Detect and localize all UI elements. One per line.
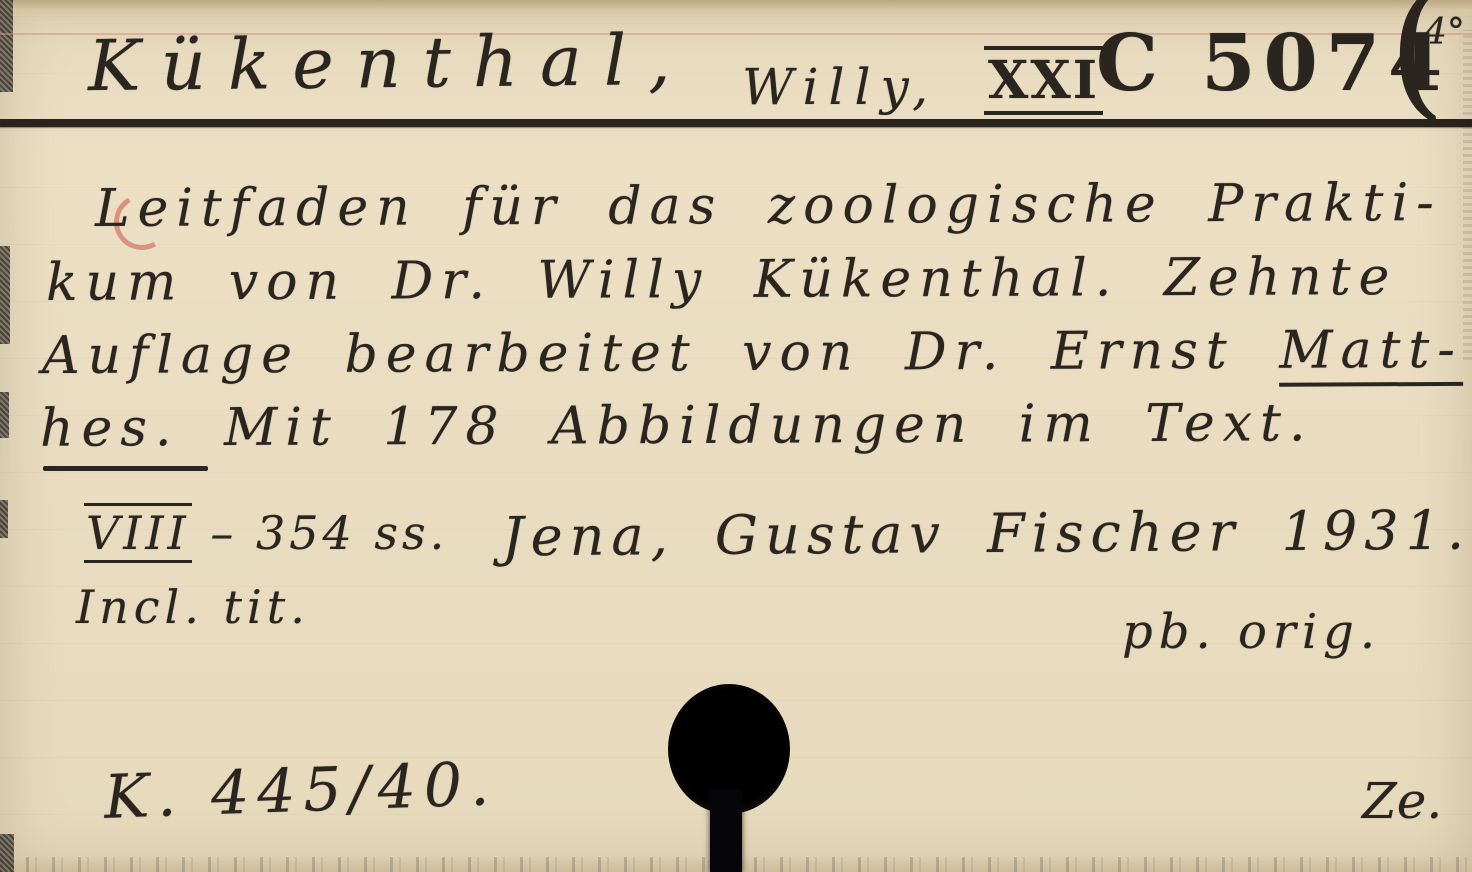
- scan-left-edge-patch: [0, 500, 8, 538]
- author-forename: Willy,: [742, 58, 938, 116]
- scan-top-edge: [0, 0, 1472, 16]
- page-count: – 354 ss.: [210, 506, 448, 560]
- heading-underline-rule: [0, 119, 1472, 127]
- scan-left-edge-patch: [0, 0, 13, 92]
- cataloger-initials: Ze.: [1362, 772, 1442, 830]
- title-line-3-text: Auflage bearbeitet von Dr. Ernst: [42, 321, 1235, 386]
- title-line-4-text: hes. Mit 178 Abbildungen im: [40, 394, 1101, 459]
- collation-line: VIII – 354 ss.: [84, 506, 448, 560]
- imprint-line: Jena, Gustav Fischer 1931.: [502, 499, 1472, 569]
- classification-roman-numeral: XXI: [984, 46, 1103, 115]
- title-line-1: Leitfaden für das zoologische Prakti-: [95, 173, 1442, 239]
- author-surname: Kükenthal,: [88, 19, 693, 107]
- accession-number: K. 445/40.: [103, 749, 498, 833]
- scan-right-edge-texture: [1463, 30, 1472, 360]
- scan-left-edge-patch: [0, 834, 14, 872]
- underlined-surname-part: Matt-: [1279, 320, 1463, 387]
- scan-left-edge-patch: [0, 392, 9, 438]
- binding-note: pb. orig.: [1122, 604, 1381, 660]
- title-line-4: hes. Mit 178 Abbildungen im Text.: [40, 393, 1314, 459]
- title-separator-dash: [43, 466, 208, 471]
- collation-note: Incl. tit.: [76, 580, 310, 634]
- roman-page-count: VIII: [84, 503, 192, 563]
- scan-left-edge-patch: [0, 246, 10, 344]
- title-line-3: Auflage bearbeitet von Dr. Ernst Matt-: [42, 320, 1463, 386]
- title-line-2: kum von Dr. Willy Kükenthal. Zehnte: [46, 247, 1398, 313]
- catalog-card: Kükenthal, Willy, XXI C 5074 ( 4° Leitfa…: [0, 0, 1472, 872]
- punch-hole-slot: [710, 790, 742, 872]
- format-notation: 4°: [1424, 12, 1465, 53]
- title-line-4-last-word: Text.: [1145, 393, 1313, 454]
